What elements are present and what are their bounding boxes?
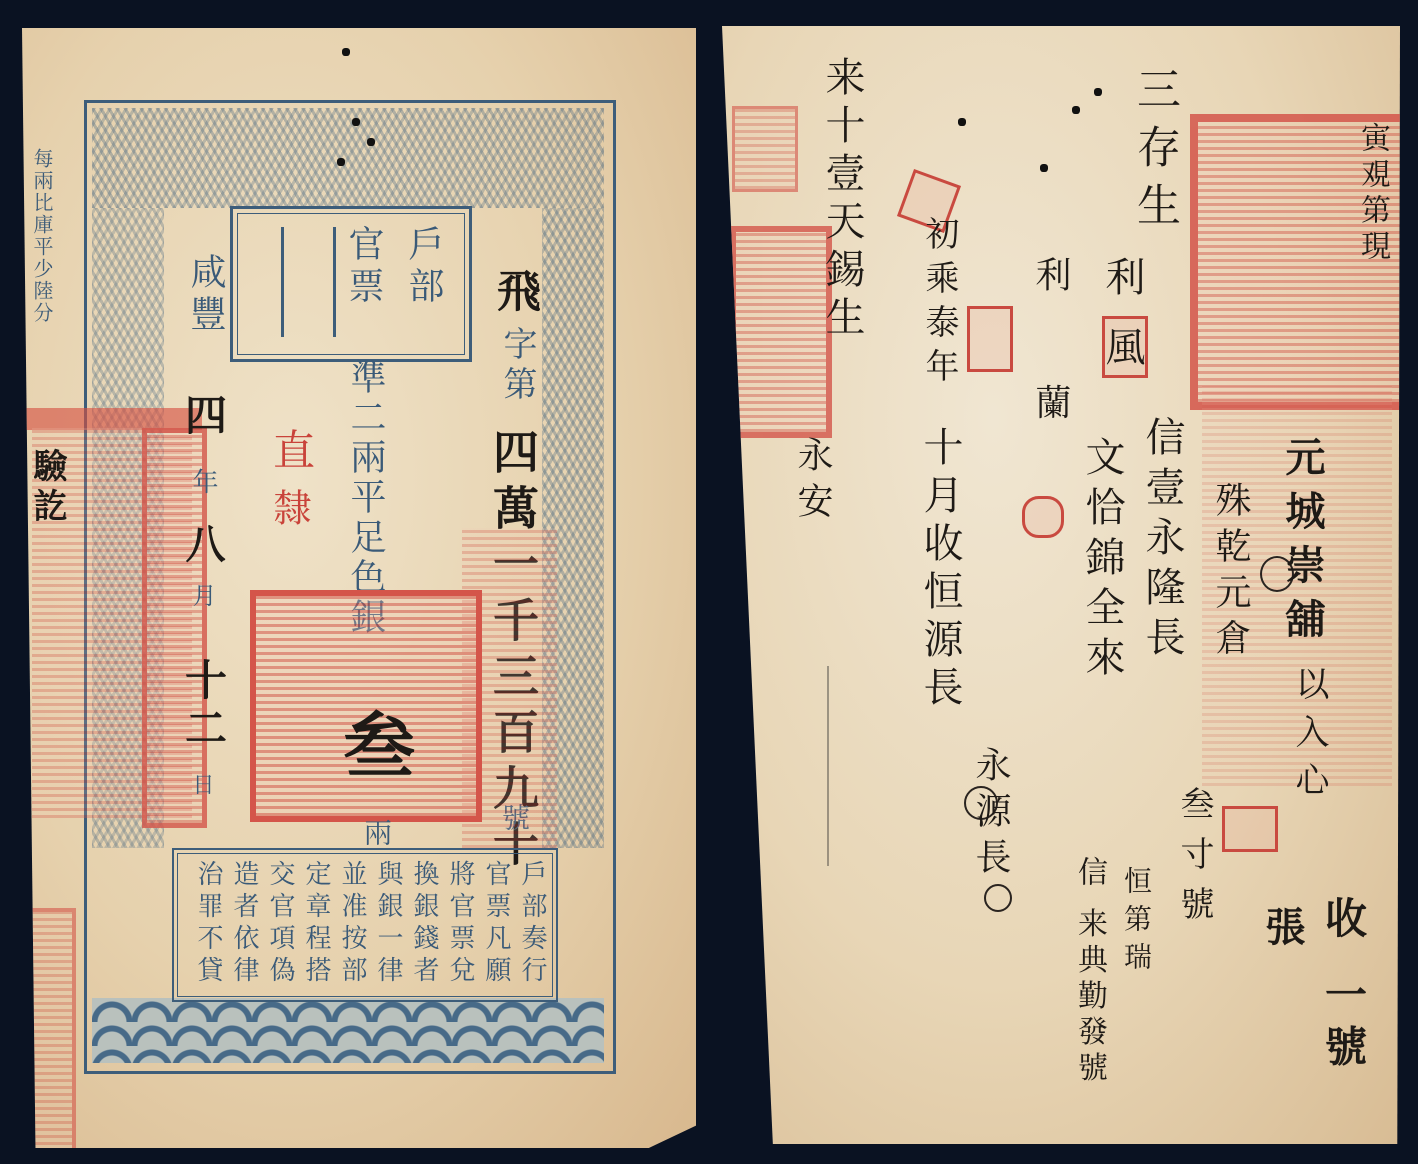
red-seal-left-edge xyxy=(730,226,832,438)
endorsement-8: 三存生 xyxy=(1132,66,1176,240)
small-seal-4 xyxy=(1022,496,1064,538)
title-box: 戶部 官票 xyxy=(230,206,472,362)
date-year: 四 xyxy=(182,393,224,441)
value-amount: 叁 xyxy=(337,708,409,786)
wormhole xyxy=(1072,106,1080,114)
title-chinese-line1: 戶部 xyxy=(405,225,441,309)
wormhole xyxy=(337,158,345,166)
verified-stamp: 驗訖 xyxy=(30,448,64,528)
series-character: 飛 xyxy=(492,268,536,318)
endorsement-15: 以入心 xyxy=(1292,666,1326,810)
date-day-label: 日 xyxy=(190,773,212,801)
endorsement-14: 叁寸號 xyxy=(1177,786,1211,936)
banknote-front: 戶部 官票 飛 字第 四萬一千三百九十 號 咸豐 四 年 八 月 十二 日 每兩… xyxy=(22,28,696,1148)
reign-name: 咸豐 xyxy=(187,253,223,337)
dragon-ornament-top xyxy=(92,108,604,208)
regulation-col-7: 定章程搭 xyxy=(298,860,335,988)
wormhole xyxy=(352,118,360,126)
endorsement-1: 寅覌第現 xyxy=(1357,122,1387,266)
title-chinese-line2: 官票 xyxy=(345,225,381,309)
red-seal-band-left xyxy=(22,408,202,430)
small-seal-2 xyxy=(967,306,1013,372)
value-unit: 兩 xyxy=(362,818,390,852)
margin-note: 每兩比庫平少陸分 xyxy=(32,148,52,324)
date-year-label: 年 xyxy=(190,468,216,500)
manchu-script-2 xyxy=(281,227,284,337)
endorsement-12: 来十壹天錫生 xyxy=(822,56,862,344)
round-seal-3 xyxy=(984,884,1012,912)
endorsement-9: 初乘泰年 xyxy=(922,216,956,392)
wormhole xyxy=(1040,164,1048,172)
series-label: 字第 xyxy=(500,326,534,406)
faint-ink-stroke xyxy=(827,666,829,866)
central-red-seal xyxy=(250,590,482,822)
regulation-col-6: 並准按部 xyxy=(334,860,371,988)
wave-pattern-bottom xyxy=(92,998,604,1063)
endorsement-10: 十月收恒源長 xyxy=(920,426,960,714)
wormhole xyxy=(342,48,350,56)
regulation-col-1: 戶部奏行 xyxy=(514,860,551,988)
regulation-col-4: 換銀錢者 xyxy=(406,860,443,988)
endorsement-3: 殊乾元倉 xyxy=(1212,481,1248,665)
regulation-col-8: 交官項偽 xyxy=(262,860,299,988)
date-month: 八 xyxy=(182,523,222,569)
manchu-script-1 xyxy=(333,227,336,337)
endorsement-5: 文恰錦全來 xyxy=(1082,436,1122,686)
endorsement-6: 利 蘭 xyxy=(1032,256,1068,459)
regulation-col-3: 將官票兌 xyxy=(442,860,479,988)
endorsement-4: 信壹永隆長 xyxy=(1142,416,1182,666)
endorsement-7: 利風 xyxy=(1102,256,1142,396)
red-seal-bottom-left xyxy=(28,908,76,1148)
province-stamp-1: 直 xyxy=(270,428,312,476)
regulation-col-9: 造者依律 xyxy=(226,860,263,988)
banknote-back: 寅覌第現 元城崇舖 殊乾元倉 信壹永隆長 文恰錦全來 利 蘭 利風 三存生 初乘… xyxy=(722,26,1400,1144)
endorsement-19: 恒第瑞 xyxy=(1122,866,1150,980)
wormhole xyxy=(958,118,966,126)
red-seal-top-left xyxy=(732,106,798,192)
endorsement-2: 元城崇舖 xyxy=(1282,436,1322,652)
province-stamp-2: 隸 xyxy=(270,488,308,532)
wormhole xyxy=(1094,88,1102,96)
date-month-label: 月 xyxy=(190,583,214,613)
regulation-col-2: 官票凡願 xyxy=(478,860,515,988)
endorsement-16: 收 一號 xyxy=(1322,896,1364,1077)
wormhole xyxy=(367,138,375,146)
endorsement-18: 信 来典勤發號 xyxy=(1074,856,1104,1088)
date-day: 十二 xyxy=(182,658,224,754)
endorsement-17: 張 xyxy=(1262,906,1302,952)
endorsement-11: 永源長 xyxy=(972,746,1008,884)
small-seal-5 xyxy=(1222,806,1278,852)
regulation-col-10: 治罪不貸 xyxy=(190,860,227,988)
regulation-col-5: 與銀一律 xyxy=(370,860,407,988)
endorsement-13: 永安 xyxy=(794,436,830,528)
